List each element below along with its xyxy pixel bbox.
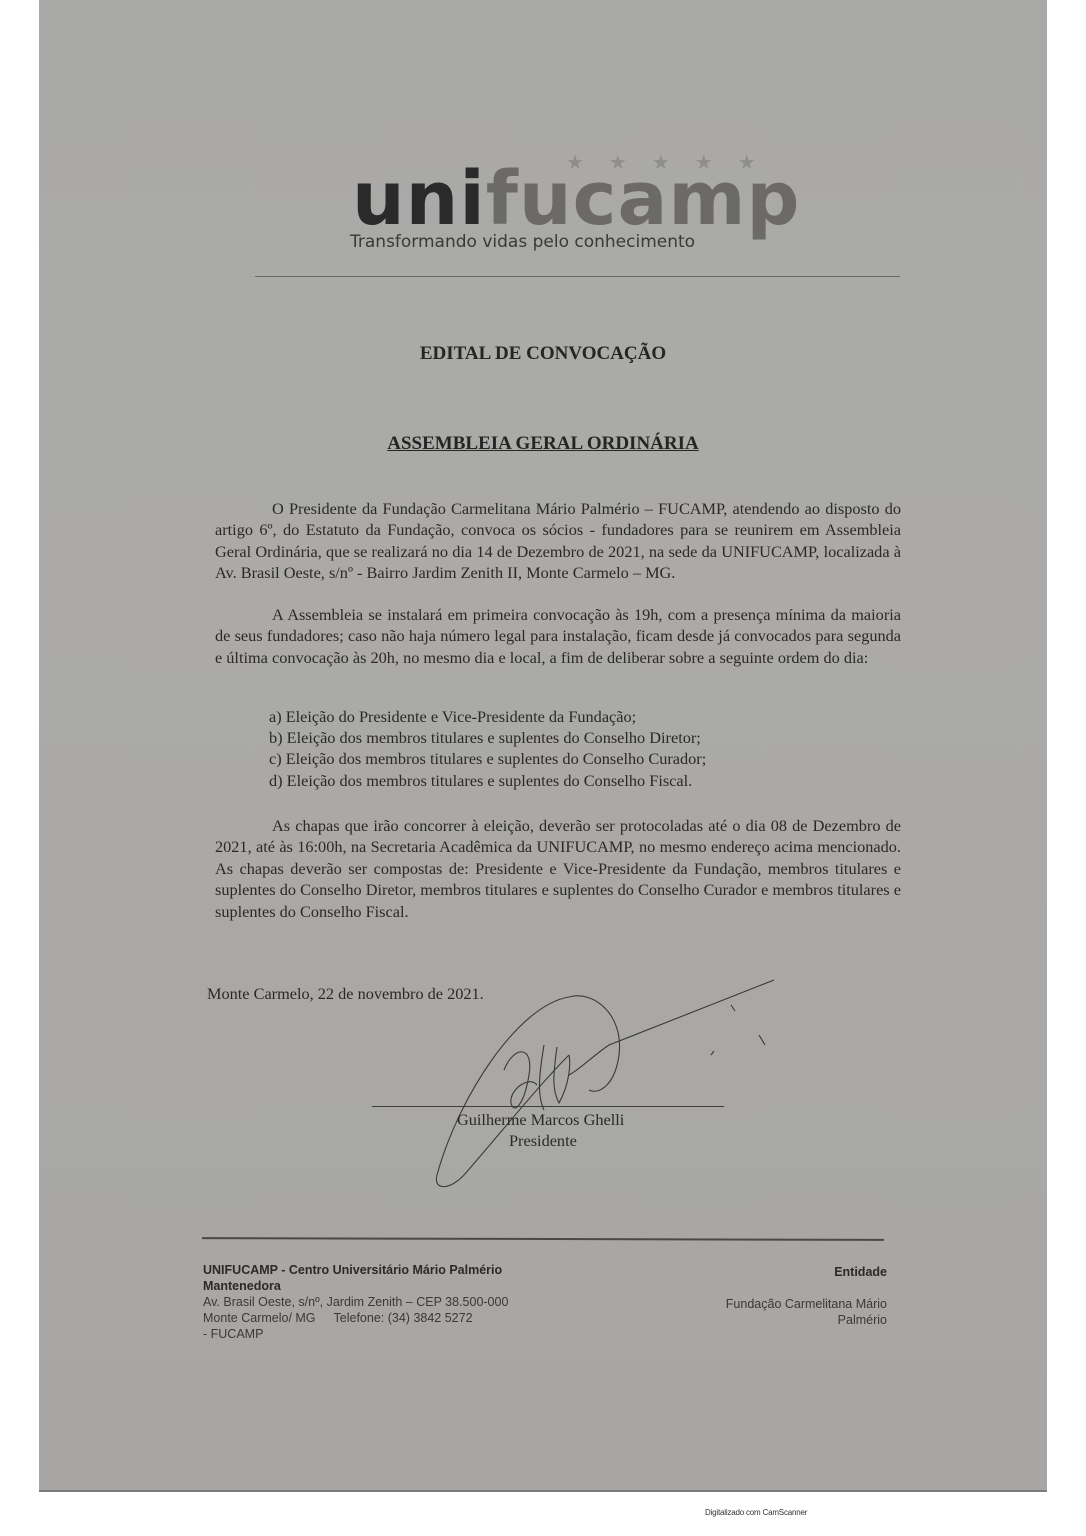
logo-wordmark: unifucamp [352, 162, 801, 236]
signature-line [372, 1106, 724, 1107]
footer-entity: Entidade Fundação Carmelitana Mário Palm… [726, 1264, 887, 1328]
footer-city: Monte Carmelo/ MG [203, 1311, 316, 1325]
agenda-list: a) Eleição do Presidente e Vice-Presiden… [269, 706, 706, 791]
signatory-name: Guilherme Marcos Ghelli [457, 1110, 624, 1130]
logo-fucamp: fucamp [486, 156, 801, 242]
scanned-page: ★★★★★ unifucamp Transformando vidas pelo… [39, 0, 1047, 1492]
signatory-role: Presidente [509, 1131, 577, 1151]
agenda-item: a) Eleição do Presidente e Vice-Presiden… [269, 706, 706, 727]
footer-suffix: - FUCAMP [203, 1326, 508, 1342]
footer-institution-name: UNIFUCAMP - Centro Universitário Mário P… [203, 1262, 508, 1278]
camscanner-watermark: Digitalizado com CamScanner [705, 1508, 807, 1517]
signature-icon [419, 975, 799, 1195]
footer-address: Av. Brasil Oeste, s/nº, Jardim Zenith – … [203, 1294, 508, 1310]
footer-divider [202, 1237, 884, 1241]
paragraph-convocation: O Presidente da Fundação Carmelitana Már… [215, 498, 901, 584]
logo-uni: uni [352, 156, 486, 242]
paragraph-text: As chapas que irão concorrer à eleição, … [215, 815, 901, 922]
footer-phone: Telefone: (34) 3842 5272 [334, 1311, 473, 1325]
document-subtitle: ASSEMBLEIA GERAL ORDINÁRIA [39, 433, 1047, 455]
footer-entity-name-1: Fundação Carmelitana Mário [726, 1296, 887, 1312]
footer-entity-name-2: Palmério [726, 1312, 887, 1328]
footer-institution: UNIFUCAMP - Centro Universitário Mário P… [203, 1262, 508, 1342]
agenda-item: b) Eleição dos membros titulares e suple… [269, 727, 706, 748]
footer-entity-label: Entidade [726, 1264, 887, 1280]
paragraph-slates: As chapas que irão concorrer à eleição, … [215, 815, 901, 922]
agenda-item: d) Eleição dos membros titulares e suple… [269, 770, 706, 791]
footer-maintainer-label: Mantenedora [203, 1278, 508, 1294]
unifucamp-logo: ★★★★★ unifucamp Transformando vidas pelo… [344, 160, 784, 260]
logo-tagline: Transformando vidas pelo conhecimento [350, 232, 695, 252]
paragraph-installation: A Assembleia se instalará em primeira co… [215, 604, 901, 668]
agenda-item: c) Eleição dos membros titulares e suple… [269, 748, 706, 769]
footer-city-phone: Monte Carmelo/ MGTelefone: (34) 3842 527… [203, 1310, 508, 1326]
document-title: EDITAL DE CONVOCAÇÃO [39, 343, 1047, 365]
header-divider [255, 276, 900, 277]
paragraph-text: A Assembleia se instalará em primeira co… [215, 604, 901, 668]
paragraph-text: O Presidente da Fundação Carmelitana Már… [215, 498, 901, 584]
